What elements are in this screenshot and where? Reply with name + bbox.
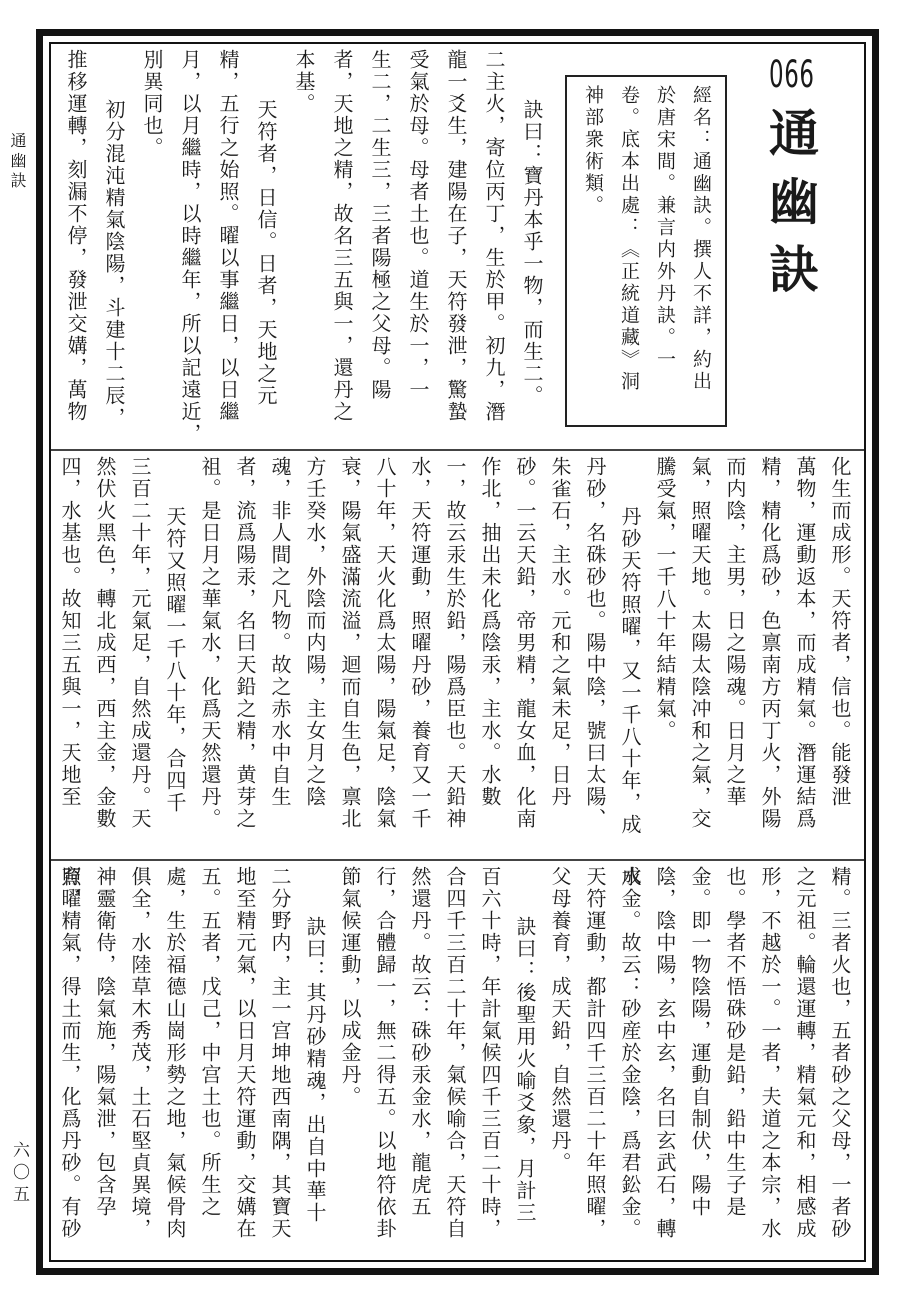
text-column: 俱全，水陸草木秀茂，土石堅貞異境，	[122, 866, 157, 1258]
text-column: 初分混沌精氣陰陽，斗建十二辰，	[95, 49, 133, 447]
text-column: 萬物，運動返本，而成精氣。潛運結爲	[787, 456, 822, 857]
text-column: 神靈衛侍，陰氣施，陽氣泄，包含孕育，	[87, 866, 122, 1258]
text-column: 天符者，日信。日者，天地之元	[247, 49, 285, 447]
text-column: 丹砂天符照曜，又一千八十年，成	[612, 456, 647, 857]
page-number-label: 六〇五	[7, 1141, 32, 1207]
text-column: 照曜精氣，得土而生，化爲丹砂。有砂	[52, 866, 87, 1258]
text-column: 之元祖。輪還運轉，精氣元和，相感成	[787, 866, 822, 1258]
section-top: 訣曰：寶丹本乎一物，而生二。 二主火，寄位丙丁，生於甲。初九，潛 龍一爻生，建陽…	[51, 44, 864, 451]
text-column: 八十年，天火化爲太陽，陽氣足，陰氣	[367, 456, 402, 857]
text-column: 別異同也。	[133, 49, 171, 447]
text-column: 而内陰，主男，日之陽魂。日月之華	[717, 456, 752, 857]
text-column: 行，合體歸一，無二得五。以地符依卦	[367, 866, 402, 1258]
section-top-columns: 訣曰：寶丹本乎一物，而生二。 二主火，寄位丙丁，生於甲。初九，潛 龍一爻生，建陽…	[57, 49, 551, 447]
page-title: 通幽訣	[754, 107, 826, 311]
colophon-column: 卷。底本出處：《正統道藏》洞	[611, 85, 647, 417]
text-column: 成金。故云：砂産於金陰，爲君鈆金。	[612, 866, 647, 1258]
text-column: 陰，陰中陽，玄中玄，名曰玄武石，轉水	[647, 866, 682, 1258]
text-column: 氣，照曜天地。太陽太陰冲和之氣，交	[682, 456, 717, 857]
text-column: 百六十時，年計氣候四千三百二十時，	[472, 866, 507, 1258]
text-column: 父母養育，成天鉛，自然還丹。	[542, 866, 577, 1258]
text-column: 訣曰：後聖用火喻爻象，月計三	[507, 866, 542, 1258]
section-middle: 化生而成形。天符者，信也。能發泄 萬物，運動返本，而成精氣。潛運結爲 精，精化爲…	[51, 451, 864, 861]
text-column: 受氣於母。母者土也。道生於一，一	[399, 49, 437, 447]
text-column: 精，五行之始照。曜以事繼日，以日繼	[209, 49, 247, 447]
text-column: 者，天地之精，故名三五與一，還丹之	[323, 49, 361, 447]
text-column: 五。五者，戊己，中宫土也。所生之	[192, 866, 227, 1258]
text-column: 朱雀石，主水。元和之氣未足，日丹	[542, 456, 577, 857]
text-column: 二主火，寄位丙丁，生於甲。初九，潛	[475, 49, 513, 447]
colophon-box: 經名：通幽訣。撰人不詳，約出 於唐宋間。兼言内外丹訣。一 卷。底本出處：《正統道…	[565, 75, 727, 427]
section-bottom-columns: 精。三者火也，五者砂之父母，一者砂 之元祖。輪還運轉，精氣元和，相感成 形，不越…	[57, 866, 857, 1258]
text-column: 三百二十年，元氣足，自然成還丹。天	[122, 456, 157, 857]
text-column: 本基。	[285, 49, 323, 447]
colophon-columns: 經名：通幽訣。撰人不詳，約出 於唐宋間。兼言内外丹訣。一 卷。底本出處：《正統道…	[573, 85, 719, 417]
text-column: 訣曰：其丹砂精魂，出自中華十	[297, 866, 332, 1258]
page-content: 訣曰：寶丹本乎一物，而生二。 二主火，寄位丙丁，生於甲。初九，潛 龍一爻生，建陽…	[51, 44, 864, 1260]
text-column: 然還丹。故云：硃砂汞金水，龍虎五	[402, 866, 437, 1258]
text-column: 合四千三百二十年，氣候喻合，天符自	[437, 866, 472, 1258]
text-column: 訣曰：寶丹本乎一物，而生二。	[513, 49, 551, 447]
page-frame-inner: 訣曰：寶丹本乎一物，而生二。 二主火，寄位丙丁，生於甲。初九，潛 龍一爻生，建陽…	[49, 42, 866, 1262]
text-column: 砂。一云天鉛，帝男精，龍女血，化南	[507, 456, 542, 857]
text-column: 四，水基也。故知三五與一，天地至	[52, 456, 87, 857]
text-column: 然伏火黑色，轉北成西，西主金，金數	[87, 456, 122, 857]
text-column: 化生而成形。天符者，信也。能發泄	[822, 456, 857, 857]
volume-number: 066	[769, 53, 815, 96]
text-column: 生二，二生三，三者陽極之父母。陽	[361, 49, 399, 447]
section-bottom: 精。三者火也，五者砂之父母，一者砂 之元祖。輪還運轉，精氣元和，相感成 形，不越…	[51, 861, 864, 1260]
text-column: 作北，抽出未化爲陰汞，主水。水數	[472, 456, 507, 857]
text-column: 一，故云汞生於鉛，陽爲臣也。天鉛神	[437, 456, 472, 857]
text-column: 衰，陽氣盛滿流溢，迴而自生色，禀北	[332, 456, 367, 857]
text-column: 天符又照曜一千八十年，合四千	[157, 456, 192, 857]
text-column: 處，生於福德山崗形勢之地，氣候骨肉	[157, 866, 192, 1258]
text-column: 精。三者火也，五者砂之父母，一者砂	[822, 866, 857, 1258]
colophon-column: 經名：通幽訣。撰人不詳，約出	[683, 85, 719, 417]
text-column: 天符運動，都計四千三百二十年照曜，	[577, 866, 612, 1258]
text-column: 騰受氣，一千八十年結精氣。	[647, 456, 682, 857]
spine-title: 通幽訣	[6, 132, 29, 192]
text-column: 推移運轉，刻漏不停，發泄交媾，萬物	[57, 49, 95, 447]
text-column: 地至精元氣，以日月天符運動，交媾在	[227, 866, 262, 1258]
page-frame: 訣曰：寶丹本乎一物，而生二。 二主火，寄位丙丁，生於甲。初九，潛 龍一爻生，建陽…	[36, 29, 879, 1275]
colophon-column: 神部衆術類。	[575, 85, 611, 417]
text-column: 也。學者不悟硃砂是鉛，鉛中生子是	[717, 866, 752, 1258]
text-column: 方壬癸水，外陰而内陽，主女月之陰	[297, 456, 332, 857]
colophon-column: 於唐宋間。兼言内外丹訣。一	[647, 85, 683, 417]
title-header: 066 通幽訣 經名：通幽訣。撰人不詳，約出 於唐宋間。兼言内外丹訣。一 卷。底…	[551, 49, 857, 447]
text-column: 祖。是日月之華氣水，化爲天然還丹。	[192, 456, 227, 857]
text-column: 丹砂，名硃砂也。陽中陰，號曰太陽、	[577, 456, 612, 857]
text-column: 二分野内，主一宫坤地西南隅，其寶天	[262, 866, 297, 1258]
text-column: 龍一爻生，建陽在子，天符發泄，驚蟄	[437, 49, 475, 447]
text-column: 形，不越於一。一者，夫道之本宗，水	[752, 866, 787, 1258]
text-column: 精，精化爲砂，色禀南方丙丁火，外陽	[752, 456, 787, 857]
text-column: 節氣候運動，以成金丹。	[332, 866, 367, 1258]
text-column: 魂，非人間之凡物。故之赤水中自生	[262, 456, 297, 857]
text-column: 金。即一物陰陽，運動自制伏，陽中	[682, 866, 717, 1258]
text-column: 水，天符運動，照曜丹砂，養育又一千	[402, 456, 437, 857]
text-column: 者，流爲陽汞，名曰天鉛之精，黄芽之	[227, 456, 262, 857]
text-column: 月，以月繼時，以時繼年，所以記遠近，	[171, 49, 209, 447]
section-middle-columns: 化生而成形。天符者，信也。能發泄 萬物，運動返本，而成精氣。潛運結爲 精，精化爲…	[57, 456, 857, 857]
